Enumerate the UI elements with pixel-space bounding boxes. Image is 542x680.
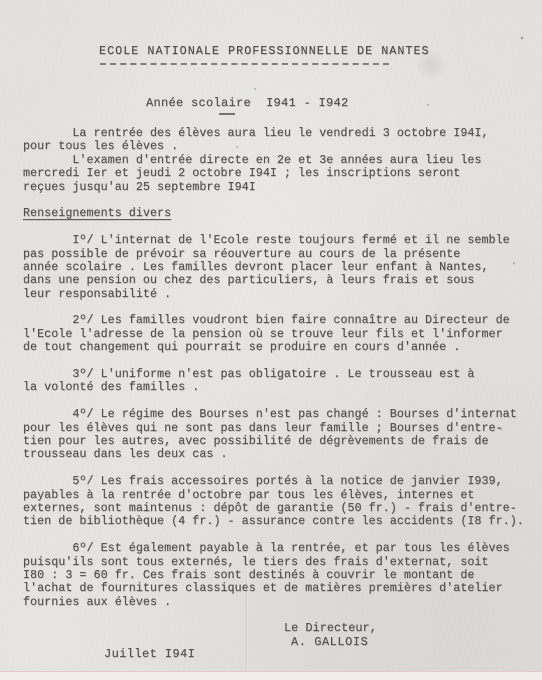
text-line: Renseignements divers	[23, 207, 524, 220]
section-heading: Renseignements divers	[23, 207, 524, 220]
text-line: 4º/ Le régime des Bourses n'est pas chan…	[23, 408, 524, 421]
document-title: ECOLE NATIONALE PROFESSIONNELLE DE NANTE…	[99, 44, 430, 58]
text-line: externes, sont maintenus : dépôt de gara…	[23, 502, 524, 515]
scan-edge-strip	[0, 671, 542, 680]
document-date: Juillet I94I	[104, 647, 195, 661]
text-line: La rentrée des élèves aura lieu le vendr…	[23, 127, 524, 140]
text-line: pas possible de prévoir sa réouverture a…	[23, 248, 524, 261]
paragraph: 5º/ Les frais accessoires portés à la no…	[23, 475, 524, 529]
text-line: trousseau dans les deux cas .	[23, 448, 524, 461]
text-line: I80 : 3 = 60 fr. Ces frais sont destinés…	[23, 569, 524, 582]
paragraph: Iº/ L'internat de l'Ecole reste toujours…	[23, 234, 524, 301]
text-line: reçues jusqu'au 25 septembre I94I	[23, 181, 524, 194]
school-year-subtitle: Année scolaire I941 - I942	[146, 96, 349, 110]
text-line: l'achat de fournitures classiques et de …	[23, 582, 524, 595]
paragraph: 3º/ L'uniforme n'est pas obligatoire . L…	[23, 368, 524, 395]
paper-fold-crease	[246, 553, 247, 680]
text-line: 6º/ Est également payable à la rentrée, …	[23, 542, 524, 555]
subtitle-dash	[219, 113, 235, 115]
signature-role: Le Directeur,	[284, 621, 377, 635]
text-line: leur responsabilité .	[23, 288, 524, 301]
text-line: Iº/ L'internat de l'Ecole reste toujours…	[23, 234, 524, 247]
text-line: 3º/ L'uniforme n'est pas obligatoire . L…	[23, 368, 524, 381]
text-line: dans une pension ou chez des particulier…	[23, 274, 524, 287]
text-line: L'examen d'entrée directe en 2e et 3e an…	[23, 154, 524, 167]
text-line: année scolaire . Les familles devront pl…	[23, 261, 524, 274]
paper-specks	[0, 0, 2, 2]
text-line: 2º/ Les familles voudront bien faire con…	[23, 314, 524, 327]
scanned-document-sheet: ECOLE NATIONALE PROFESSIONNELLE DE NANTE…	[0, 0, 542, 680]
text-line: tien pour les autres, avec possibilité d…	[23, 435, 524, 448]
text-line: 5º/ Les frais accessoires portés à la no…	[23, 475, 524, 488]
text-line: mercredi Ier et jeudi 2 octobre I94I ; l…	[23, 167, 524, 180]
paragraph: 4º/ Le régime des Bourses n'est pas chan…	[23, 408, 524, 462]
text-line: tien de bibliothèque (4 fr.) - assurance…	[23, 515, 524, 528]
paragraph: La rentrée des élèves aura lieu le vendr…	[23, 127, 524, 194]
text-line: la volonté des familles .	[23, 381, 524, 394]
paragraph: 6º/ Est également payable à la rentrée, …	[23, 542, 524, 609]
title-dashed-underline	[100, 63, 389, 65]
paragraph: 2º/ Les familles voudront bien faire con…	[23, 314, 524, 354]
signature-name: A. GALLOIS	[291, 635, 368, 649]
text-line: puisqu'ils sont tous externés, le tiers …	[23, 556, 524, 569]
text-line: pour les élèves qui ne sont pas dans leu…	[23, 422, 524, 435]
document-body: La rentrée des élèves aura lieu le vendr…	[23, 127, 524, 622]
text-line: l'Ecole l'adresse de la pension où se tr…	[23, 328, 524, 341]
text-line: pour tous les élèves .	[23, 140, 524, 153]
text-line: de tout changement qui pourrait se produ…	[23, 341, 524, 354]
text-line: fournies aux élèves .	[23, 596, 524, 609]
text-line: payables à la rentrée d'octobre par tous…	[23, 489, 524, 502]
